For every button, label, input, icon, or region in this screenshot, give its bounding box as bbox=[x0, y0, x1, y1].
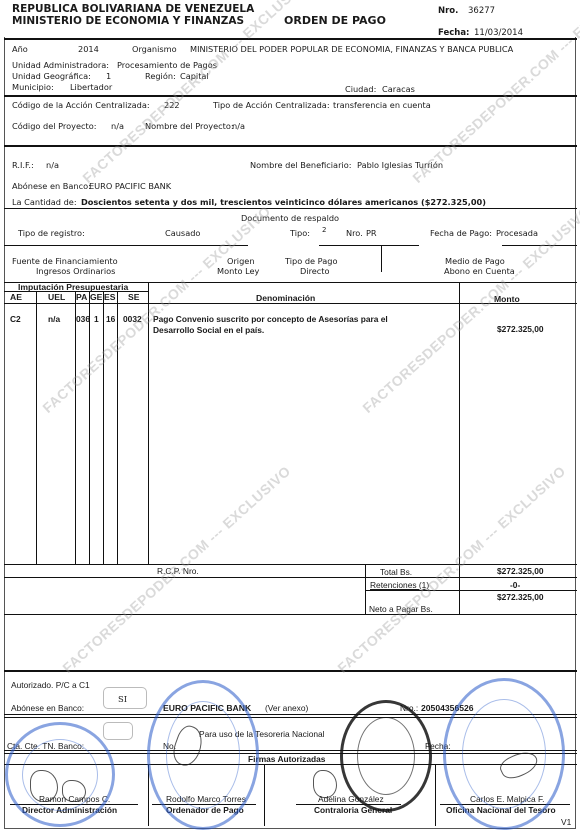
tesoreria-label: Para uso de la Tesoreria Nacional bbox=[199, 729, 325, 739]
proyecto-nombre-label: Nombre del Proyecto: bbox=[145, 121, 234, 131]
cell-denominacion-1: Pago Convenio suscrito por concepto de A… bbox=[153, 314, 388, 324]
tipo-pago-label: Tipo de Pago bbox=[285, 256, 337, 266]
cell-ae: C2 bbox=[10, 314, 21, 324]
cell-pa: 036 bbox=[76, 314, 90, 324]
version-label: V1 bbox=[561, 817, 571, 827]
col-ge: GE bbox=[90, 292, 102, 302]
municipio-value: Libertador bbox=[70, 82, 112, 92]
anio-label: Año bbox=[12, 44, 28, 54]
signer-name: Carlos E. Malpica F. bbox=[470, 794, 544, 804]
si-value: SI bbox=[118, 694, 127, 704]
signer-name: Ramon Campos C. bbox=[39, 794, 110, 804]
organismo-value: MINISTERIO DEL PODER POPULAR DE ECONOMIA… bbox=[190, 44, 513, 54]
col-es: ES bbox=[104, 292, 115, 302]
fuente-label: Fuente de Financiamiento bbox=[12, 256, 118, 266]
cell-es: 16 bbox=[106, 314, 115, 324]
col-uel: UEL bbox=[48, 292, 65, 302]
signer-role: Ordenador de Pago bbox=[166, 805, 244, 815]
divider bbox=[4, 95, 577, 97]
divider bbox=[459, 564, 460, 614]
signer-role: Director Administración bbox=[22, 805, 117, 815]
accion-tipo-label: Tipo de Acción Centralizada: bbox=[213, 100, 330, 110]
organismo-label: Organismo bbox=[132, 44, 177, 54]
col-denominacion: Denominación bbox=[256, 293, 315, 303]
respaldo-nro-label: Nro. bbox=[346, 228, 363, 238]
divider bbox=[4, 208, 577, 209]
signer-role: Contraloria General bbox=[314, 805, 392, 815]
tipo-registro-value: Causado bbox=[165, 228, 200, 238]
divider bbox=[381, 245, 382, 272]
divider bbox=[4, 564, 577, 565]
signer-role: Oficina Nacional del Tesoro bbox=[446, 805, 556, 815]
cell-ge: 1 bbox=[94, 314, 99, 324]
retenciones-value: -0- bbox=[510, 580, 520, 590]
col-se: SE bbox=[128, 292, 139, 302]
underline bbox=[502, 245, 577, 246]
respaldo-nro-value: PR bbox=[366, 228, 377, 238]
proyecto-codigo-value: n/a bbox=[111, 121, 124, 131]
col-line bbox=[36, 291, 37, 564]
auth-nro-label: Nro.: bbox=[400, 703, 418, 713]
col-pa: PA bbox=[76, 292, 87, 302]
tipo-value: 2 bbox=[322, 226, 326, 234]
auth-nro-value: 20504356526 bbox=[421, 703, 474, 713]
neto-value: $272.325,00 bbox=[497, 592, 544, 602]
ciudad-value: Caracas bbox=[382, 84, 415, 94]
proyecto-codigo-label: Código del Proyecto: bbox=[12, 121, 96, 131]
cantidad-value: Doscientos setenta y dos mil, tresciento… bbox=[81, 197, 486, 207]
origen-value: Monto Ley bbox=[217, 266, 259, 276]
accion-codigo-value: 222 bbox=[164, 100, 180, 110]
medio-pago-label: Medio de Pago bbox=[445, 256, 505, 266]
origen-label: Origen bbox=[227, 256, 255, 266]
fecha-pago-label: Fecha de Pago: bbox=[430, 228, 492, 238]
region-value: Capital bbox=[180, 71, 209, 81]
signer-name: Adelina González bbox=[318, 794, 384, 804]
cantidad-label: La Cantidad de: bbox=[12, 197, 77, 207]
banco-value: EURO PACIFIC BANK bbox=[89, 181, 171, 191]
divider bbox=[4, 577, 577, 578]
fuente-value: Ingresos Ordinarios bbox=[36, 266, 115, 276]
beneficiario-label: Nombre del Beneficiario: bbox=[250, 160, 351, 170]
proyecto-nombre-value: n/a bbox=[232, 121, 245, 131]
divider bbox=[4, 717, 577, 718]
respaldo-title: Documento de respaldo bbox=[241, 213, 339, 223]
abonese-label: Abónese en Banco: bbox=[11, 703, 84, 713]
firmas-label: Firmas Autorizadas bbox=[248, 754, 325, 764]
neto-label: Neto a Pagar Bs. bbox=[369, 604, 433, 614]
col-line bbox=[103, 291, 104, 564]
ciudad-label: Ciudad: bbox=[345, 84, 376, 94]
total-label: Total Bs. bbox=[380, 567, 412, 577]
document-title: ORDEN DE PAGO bbox=[284, 14, 386, 27]
cta-box bbox=[103, 722, 133, 740]
banco-label: Abónese en Banco: bbox=[12, 181, 91, 191]
accion-tipo-value: transferencia en cuenta bbox=[333, 100, 431, 110]
divider bbox=[435, 764, 436, 826]
total-value: $272.325,00 bbox=[497, 566, 544, 576]
retenciones-label: Retenciones (1) bbox=[370, 580, 429, 590]
ver-anexo: (Ver anexo) bbox=[265, 703, 308, 713]
rif-label: R.I.F.: bbox=[12, 160, 34, 170]
divider bbox=[4, 670, 577, 672]
col-line bbox=[75, 291, 76, 564]
fecha-pago-value: Procesada bbox=[496, 228, 538, 238]
ministry-title: MINISTERIO DE ECONOMIA Y FINANZAS bbox=[12, 15, 244, 27]
divider bbox=[4, 714, 577, 715]
rif-value: n/a bbox=[46, 160, 59, 170]
unidad-geo-value: 1 bbox=[106, 71, 111, 81]
medio-pago-value: Abono en Cuenta bbox=[444, 266, 515, 276]
col-line bbox=[459, 282, 460, 564]
municipio-label: Municipio: bbox=[12, 82, 54, 92]
auth-banco-value: EURO PACIFIC BANK bbox=[163, 703, 251, 713]
col-monto: Monto bbox=[494, 294, 520, 304]
cell-uel: n/a bbox=[48, 314, 60, 324]
tipo-pago-value: Directo bbox=[300, 266, 330, 276]
divider bbox=[264, 764, 265, 826]
unidad-adm-label: Unidad Administradora: bbox=[12, 60, 109, 70]
cell-denominacion-2: Desarrollo Social en el país. bbox=[153, 325, 264, 335]
tipo-label: Tipo: bbox=[290, 228, 310, 238]
divider bbox=[4, 145, 577, 147]
col-line bbox=[148, 282, 149, 564]
signer-name: Rodolfo Marco Torres bbox=[166, 794, 246, 804]
nro-value: 36277 bbox=[468, 6, 495, 16]
underline bbox=[4, 245, 248, 246]
nro-label: Nro. bbox=[438, 6, 458, 16]
beneficiario-value: Pablo Iglesias Turrión bbox=[357, 160, 443, 170]
col-ae: AE bbox=[10, 292, 22, 302]
divider bbox=[4, 614, 577, 615]
divider bbox=[148, 764, 149, 826]
divider bbox=[4, 764, 577, 765]
republic-title: REPUBLICA BOLIVARIANA DE VENEZUELA bbox=[12, 3, 254, 15]
fecha-label: Fecha: bbox=[438, 28, 469, 38]
rcp-label: R.C.P. Nro. bbox=[157, 566, 199, 576]
divider bbox=[4, 750, 577, 751]
underline bbox=[319, 245, 419, 246]
unidad-adm-value: Procesamiento de Pagos bbox=[117, 60, 217, 70]
divider bbox=[4, 38, 577, 40]
cell-se: 0032 bbox=[123, 314, 142, 324]
tipo-registro-label: Tipo de registro: bbox=[18, 228, 85, 238]
divider bbox=[365, 564, 366, 614]
unidad-geo-label: Unidad Geográfica: bbox=[12, 71, 91, 81]
region-label: Región: bbox=[145, 71, 176, 81]
col-line bbox=[89, 291, 90, 564]
autorizado-label: Autorizado. P/C a C1 bbox=[11, 680, 90, 690]
divider bbox=[365, 590, 577, 591]
col-line bbox=[117, 291, 118, 564]
fecha-value: 11/03/2014 bbox=[474, 28, 523, 38]
accion-codigo-label: Código de la Acción Centralizada: bbox=[12, 100, 150, 110]
cell-monto: $272.325,00 bbox=[497, 324, 544, 334]
anio-value: 2014 bbox=[78, 44, 99, 54]
